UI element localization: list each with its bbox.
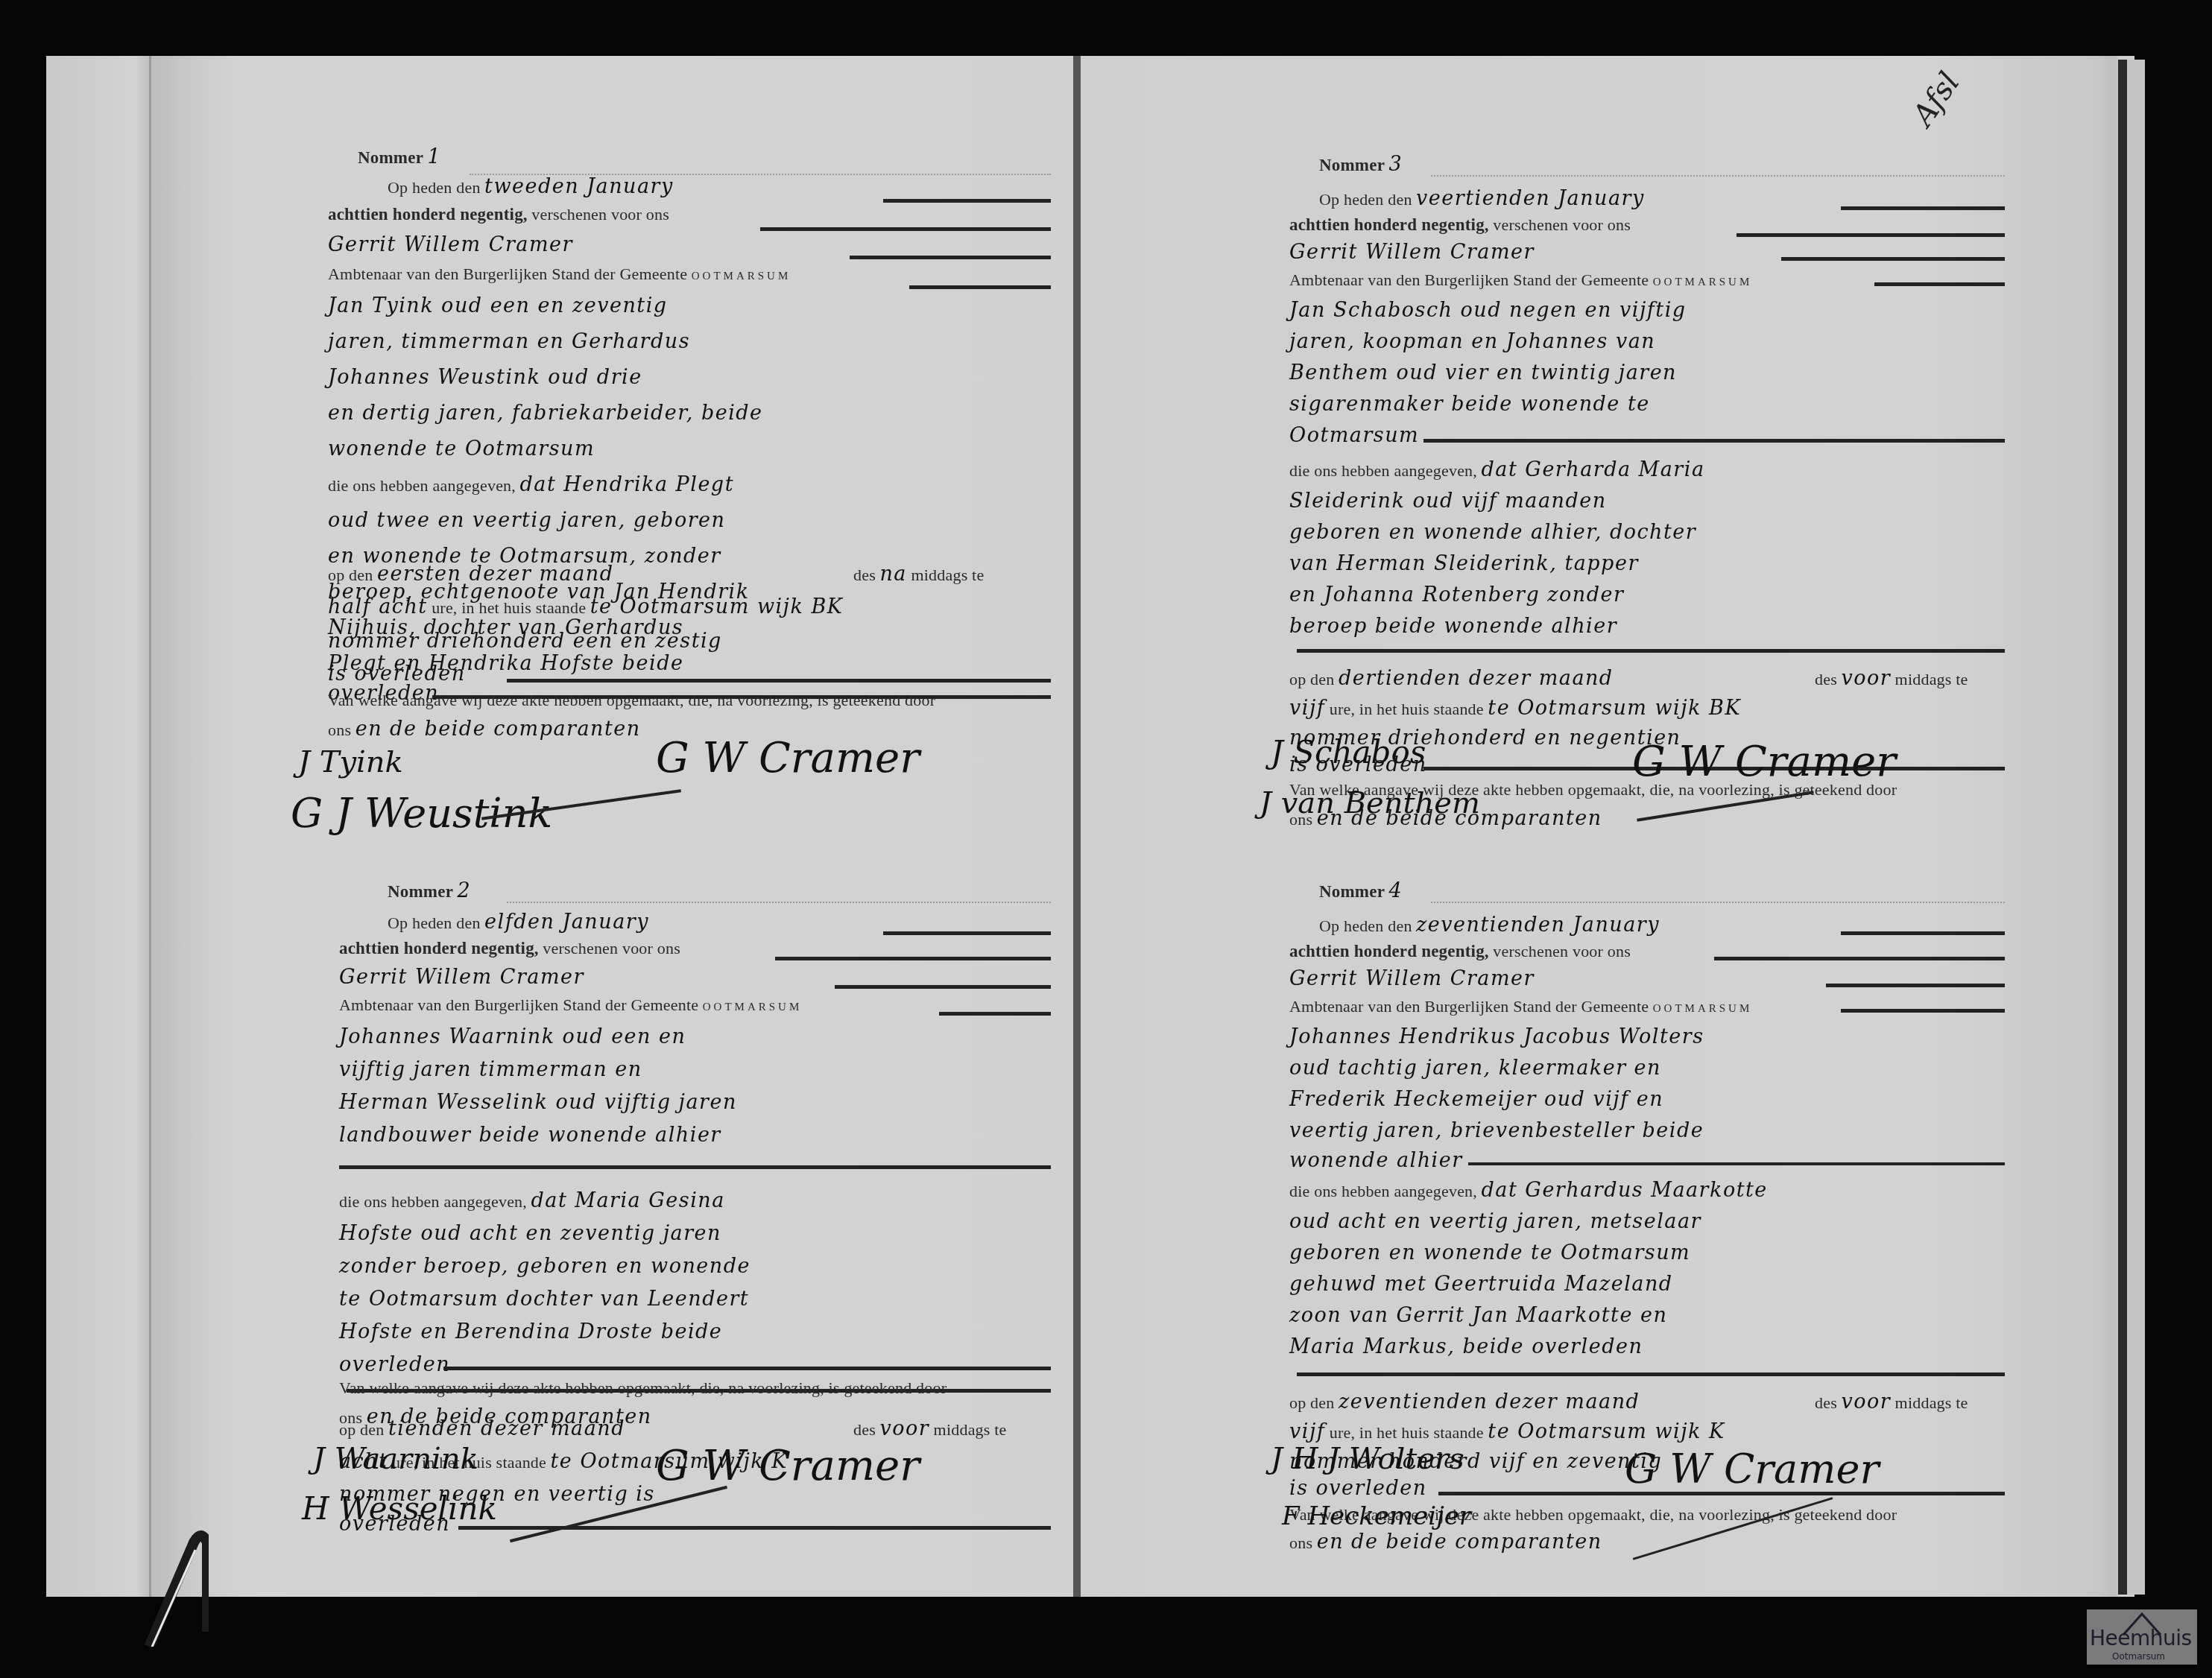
record-entry-1-death-details: op den eersten dezer maand des na middag…	[328, 563, 1051, 741]
date-label: Op heden den	[388, 914, 481, 932]
house-continued: is overleden	[328, 662, 466, 692]
death-house: te Ootmarsum wijk BK	[1488, 697, 1741, 720]
signature-declarant-1: J Schabos	[1271, 734, 1426, 770]
declarant-line: wonende alhier	[1289, 1149, 1463, 1179]
pen-artifact	[142, 1498, 209, 1647]
des-label: des	[1815, 670, 1837, 688]
op-den-label: op den	[328, 566, 373, 584]
official-name: Gerrit Willem Cramer	[1289, 241, 1535, 264]
deceased-line: dat Maria Gesina	[531, 1189, 725, 1212]
deceased-line: oud twee en veertig jaren, geboren	[328, 509, 725, 539]
year-text: achttien honderd negentig,	[1289, 942, 1489, 960]
middags-label: middags te	[911, 566, 984, 584]
verschenen-label: verschenen voor ons	[543, 939, 680, 957]
nommer-label: Nommer	[358, 148, 423, 167]
signature-declarant-1: J Waarnink	[313, 1442, 478, 1476]
declarant-line: Johannes Hendrikus Jacobus Wolters	[1289, 1025, 1704, 1055]
death-day: eersten dezer maand	[377, 563, 613, 586]
signature-official: G W Cramer	[656, 1442, 920, 1490]
declarant-line: jaren, koopman en Johannes van	[1289, 330, 1655, 360]
am-pm: voor	[1841, 1390, 1891, 1413]
declarant-line: Herman Wesselink oud vijftig jaren	[339, 1091, 737, 1121]
middags-label: middags te	[1895, 1393, 1968, 1412]
op-den-label: op den	[1289, 1393, 1334, 1412]
aangegeven-label: die ons hebben aangegeven,	[339, 1192, 527, 1211]
signature-official: G W Cramer	[656, 734, 920, 782]
declarant-line: veertig jaren, brievenbesteller beide	[1289, 1119, 1704, 1149]
signature-declarant-2: F Heckemeijer	[1282, 1501, 1471, 1531]
signature-declarant-2: H Wesselink	[302, 1490, 497, 1527]
cover-edge	[2127, 60, 2145, 1595]
ure-label: ure, in het huis staande	[432, 598, 586, 617]
death-hour: half acht	[328, 595, 428, 618]
closing-text: Van welke aangave wij deze akte hebben o…	[339, 1378, 947, 1408]
signature-official: G W Cramer	[1632, 738, 1896, 786]
date-label: Op heden den	[388, 178, 481, 197]
deceased-line: geboren en wonende alhier, dochter	[1289, 521, 1696, 551]
deceased-line: geboren en wonende te Ootmarsum	[1289, 1241, 1690, 1271]
record-date: elfden January	[484, 911, 649, 934]
deceased-line: Sleiderink oud vijf maanden	[1289, 490, 1607, 519]
logo-subtitle: Ootmarsum	[2112, 1651, 2165, 1662]
declarant-line: Johannes Waarnink oud een en	[339, 1025, 686, 1055]
death-house: te Ootmarsum wijk BK	[590, 595, 844, 618]
declarant-line: en dertig jaren, fabriekarbeider, beide	[328, 402, 763, 431]
declarant-line: Frederik Heckemeijer oud vijf en	[1289, 1088, 1663, 1118]
date-label: Op heden den	[1319, 190, 1412, 209]
ambtenaar-label: Ambtenaar van den Burgerlijken Stand der…	[339, 995, 698, 1014]
official-name: Gerrit Willem Cramer	[1289, 967, 1535, 990]
ons-label: ons	[339, 1408, 362, 1427]
deceased-line: zonder beroep, geboren en wonende	[339, 1255, 750, 1285]
year-text: achttien honderd negentig,	[328, 205, 528, 224]
nommer-label: Nommer	[388, 882, 453, 901]
death-house: te Ootmarsum wijk K	[1488, 1420, 1725, 1443]
deceased-line: te Ootmarsum dochter van Leendert	[339, 1288, 749, 1317]
middags-label: middags te	[1895, 670, 1968, 688]
record-entry-3: Nommer 3 Op heden den veertienden Januar…	[1319, 153, 2005, 600]
record-date: zeventienden January	[1416, 914, 1660, 937]
record-number: 1	[428, 145, 442, 168]
am-pm: voor	[1841, 667, 1891, 690]
heemhuis-logo: Heemhuis Ootmarsum	[2087, 1609, 2197, 1665]
declarant-line: sigarenmaker beide wonende te	[1289, 393, 1650, 422]
logo-name: Heemhuis	[2090, 1626, 2192, 1650]
signed-by: en de beide comparanten	[355, 718, 641, 741]
date-label: Op heden den	[1319, 916, 1412, 935]
record-entry-4: Nommer 4 Op heden den zeventienden Janua…	[1319, 879, 2005, 1125]
declarant-line: Johannes Weustink oud drie	[328, 366, 642, 396]
declarant-line: wonende te Ootmarsum	[328, 437, 595, 467]
closing-text: Van welke aangave wij deze akte hebben o…	[328, 691, 935, 721]
op-den-label: op den	[1289, 670, 1334, 688]
ambtenaar-label: Ambtenaar van den Burgerlijken Stand der…	[328, 265, 687, 283]
am-pm: na	[879, 563, 907, 586]
record-number: 2	[458, 879, 472, 902]
record-date: tweeden January	[484, 175, 674, 198]
ons-label: ons	[328, 721, 351, 739]
aangegeven-label: die ons hebben aangegeven,	[1289, 1182, 1477, 1200]
record-entry-4-cont: veertig jaren, brievenbesteller beide wo…	[1289, 1119, 2005, 1566]
nommer-label: Nommer	[1319, 156, 1385, 174]
des-label: des	[853, 566, 876, 584]
declarant-line: jaren, timmerman en Gerhardus	[328, 330, 690, 360]
declarant-line: vijftig jaren timmerman en	[339, 1058, 642, 1088]
left-page-margin-line	[149, 56, 151, 1597]
deceased-line: oud acht en veertig jaren, metselaar	[1289, 1210, 1701, 1240]
verschenen-label: verschenen voor ons	[1493, 942, 1631, 960]
aangegeven-label: die ons hebben aangegeven,	[1289, 461, 1477, 480]
signature-declarant-2: J van Benthem	[1260, 786, 1480, 820]
des-label: des	[1815, 1393, 1837, 1412]
death-day: zeventienden dezer maand	[1339, 1390, 1640, 1413]
death-day: dertienden dezer maand	[1339, 667, 1614, 690]
signature-declarant-1: J H J Wolters	[1271, 1442, 1464, 1476]
verschenen-label: verschenen voor ons	[1493, 215, 1631, 234]
deceased-line: dat Gerharda Maria	[1482, 458, 1705, 481]
deceased-line: Hofste oud acht en zeventig jaren	[339, 1222, 721, 1252]
nommer-label: Nommer	[1319, 882, 1385, 901]
ure-label: ure, in het huis staande	[1330, 1423, 1484, 1442]
municipality: OOTMARSUM	[1653, 276, 1753, 288]
deceased-line: dat Gerhardus Maarkotte	[1482, 1179, 1768, 1202]
year-text: achttien honderd negentig,	[339, 939, 539, 957]
cover-strip	[2118, 60, 2127, 1595]
deceased-line: dat Hendrika Plegt	[520, 473, 735, 496]
ambtenaar-label: Ambtenaar van den Burgerlijken Stand der…	[1289, 270, 1649, 289]
deceased-line: zoon van Gerrit Jan Maarkotte en	[1289, 1304, 1667, 1334]
record-entry-2: Nommer 2 Op heden den elfden January ach…	[358, 879, 1051, 1267]
house-continued: nommer driehonderd een en zestig	[328, 630, 722, 659]
municipality: OOTMARSUM	[703, 1001, 803, 1013]
declarant-line: Benthem oud vier en twintig jaren	[1289, 361, 1677, 391]
declarant-line: landbouwer beide wonende alhier	[339, 1124, 721, 1153]
declarant-line: Ootmarsum	[1289, 424, 1419, 454]
signature-declarant-1: J Tyink	[298, 745, 403, 779]
aangegeven-label: die ons hebben aangegeven,	[328, 476, 516, 495]
book-spine	[1073, 56, 1081, 1597]
deceased-line: gehuwd met Geertruida Mazeland	[1289, 1273, 1673, 1302]
death-hour: vijf	[1289, 1420, 1325, 1443]
official-name: Gerrit Willem Cramer	[328, 233, 573, 256]
deceased-line: beroep beide wonende alhier	[1289, 615, 1617, 645]
signed-by: en de beide comparanten	[367, 1405, 652, 1428]
declarant-line: Jan Tyink oud een en zeventig	[328, 294, 668, 324]
municipality: OOTMARSUM	[692, 270, 791, 282]
declarant-line: oud tachtig jaren, kleermaker en	[1289, 1057, 1661, 1086]
record-number: 3	[1389, 153, 1403, 176]
verschenen-label: verschenen voor ons	[531, 205, 669, 224]
signature-official: G W Cramer	[1625, 1446, 1879, 1492]
deceased-line: Hofste en Berendina Droste beide	[339, 1320, 722, 1350]
death-hour: vijf	[1289, 697, 1325, 720]
record-entry-2-closing: Van welke aangave wij deze akte hebben o…	[339, 1378, 1051, 1446]
deceased-line: en Johanna Rotenberg zonder	[1289, 583, 1624, 613]
municipality: OOTMARSUM	[1653, 1003, 1753, 1015]
deceased-line: van Herman Sleiderink, tapper	[1289, 552, 1639, 582]
declarant-line: Jan Schabosch oud negen en vijftig	[1289, 299, 1687, 329]
ambtenaar-label: Ambtenaar van den Burgerlijken Stand der…	[1289, 997, 1649, 1016]
record-number: 4	[1389, 879, 1403, 902]
ure-label: ure, in het huis staande	[1330, 700, 1484, 718]
deceased-line: Maria Markus, beide overleden	[1289, 1335, 1643, 1365]
signed-by: en de beide comparanten	[1317, 1530, 1602, 1554]
official-name: Gerrit Willem Cramer	[339, 966, 584, 989]
record-date: veertienden January	[1416, 187, 1645, 210]
ons-label: ons	[1289, 1533, 1312, 1552]
year-text: achttien honderd negentig,	[1289, 215, 1489, 234]
